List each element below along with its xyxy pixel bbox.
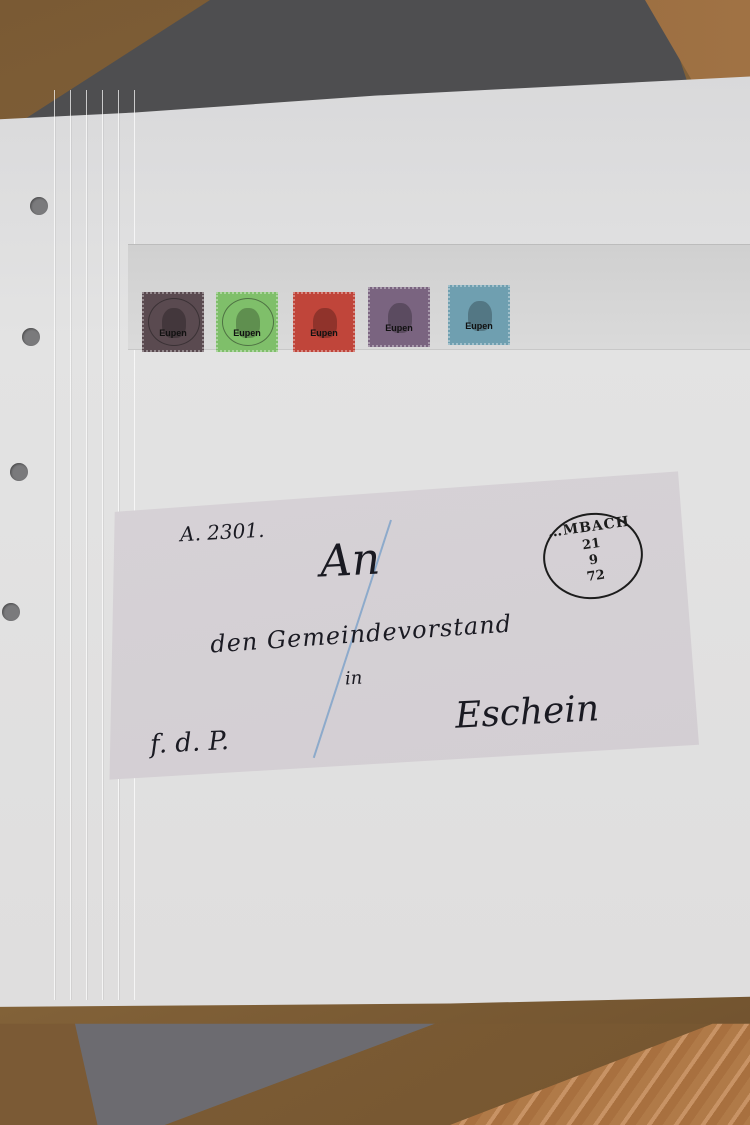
stamp-overprint: Eupen: [370, 323, 428, 333]
punch-hole: [22, 328, 40, 346]
stamp-overprint: Eupen: [295, 328, 353, 338]
stamp[interactable]: Eupen: [142, 292, 204, 352]
docket-number: A. 2301.: [179, 518, 265, 546]
stamp[interactable]: Eupen: [368, 287, 430, 347]
punch-hole: [10, 463, 28, 481]
address-preposition: in: [344, 668, 362, 690]
stamp-overprint: Eupen: [450, 321, 508, 331]
destination-place: Eschein: [454, 688, 600, 736]
punch-hole: [30, 197, 48, 215]
stamp-overprint: Eupen: [144, 328, 202, 338]
address-greeting: An: [319, 533, 382, 587]
cancellation-mark: [222, 298, 274, 346]
cancellation-mark: [148, 298, 200, 346]
franking-note: f. d. P.: [149, 726, 229, 760]
punch-hole: [2, 603, 20, 621]
stamp[interactable]: Eupen: [448, 285, 510, 345]
stamp[interactable]: Eupen: [293, 292, 355, 352]
stamp-overprint: Eupen: [218, 328, 276, 338]
stamp[interactable]: Eupen: [216, 292, 278, 352]
